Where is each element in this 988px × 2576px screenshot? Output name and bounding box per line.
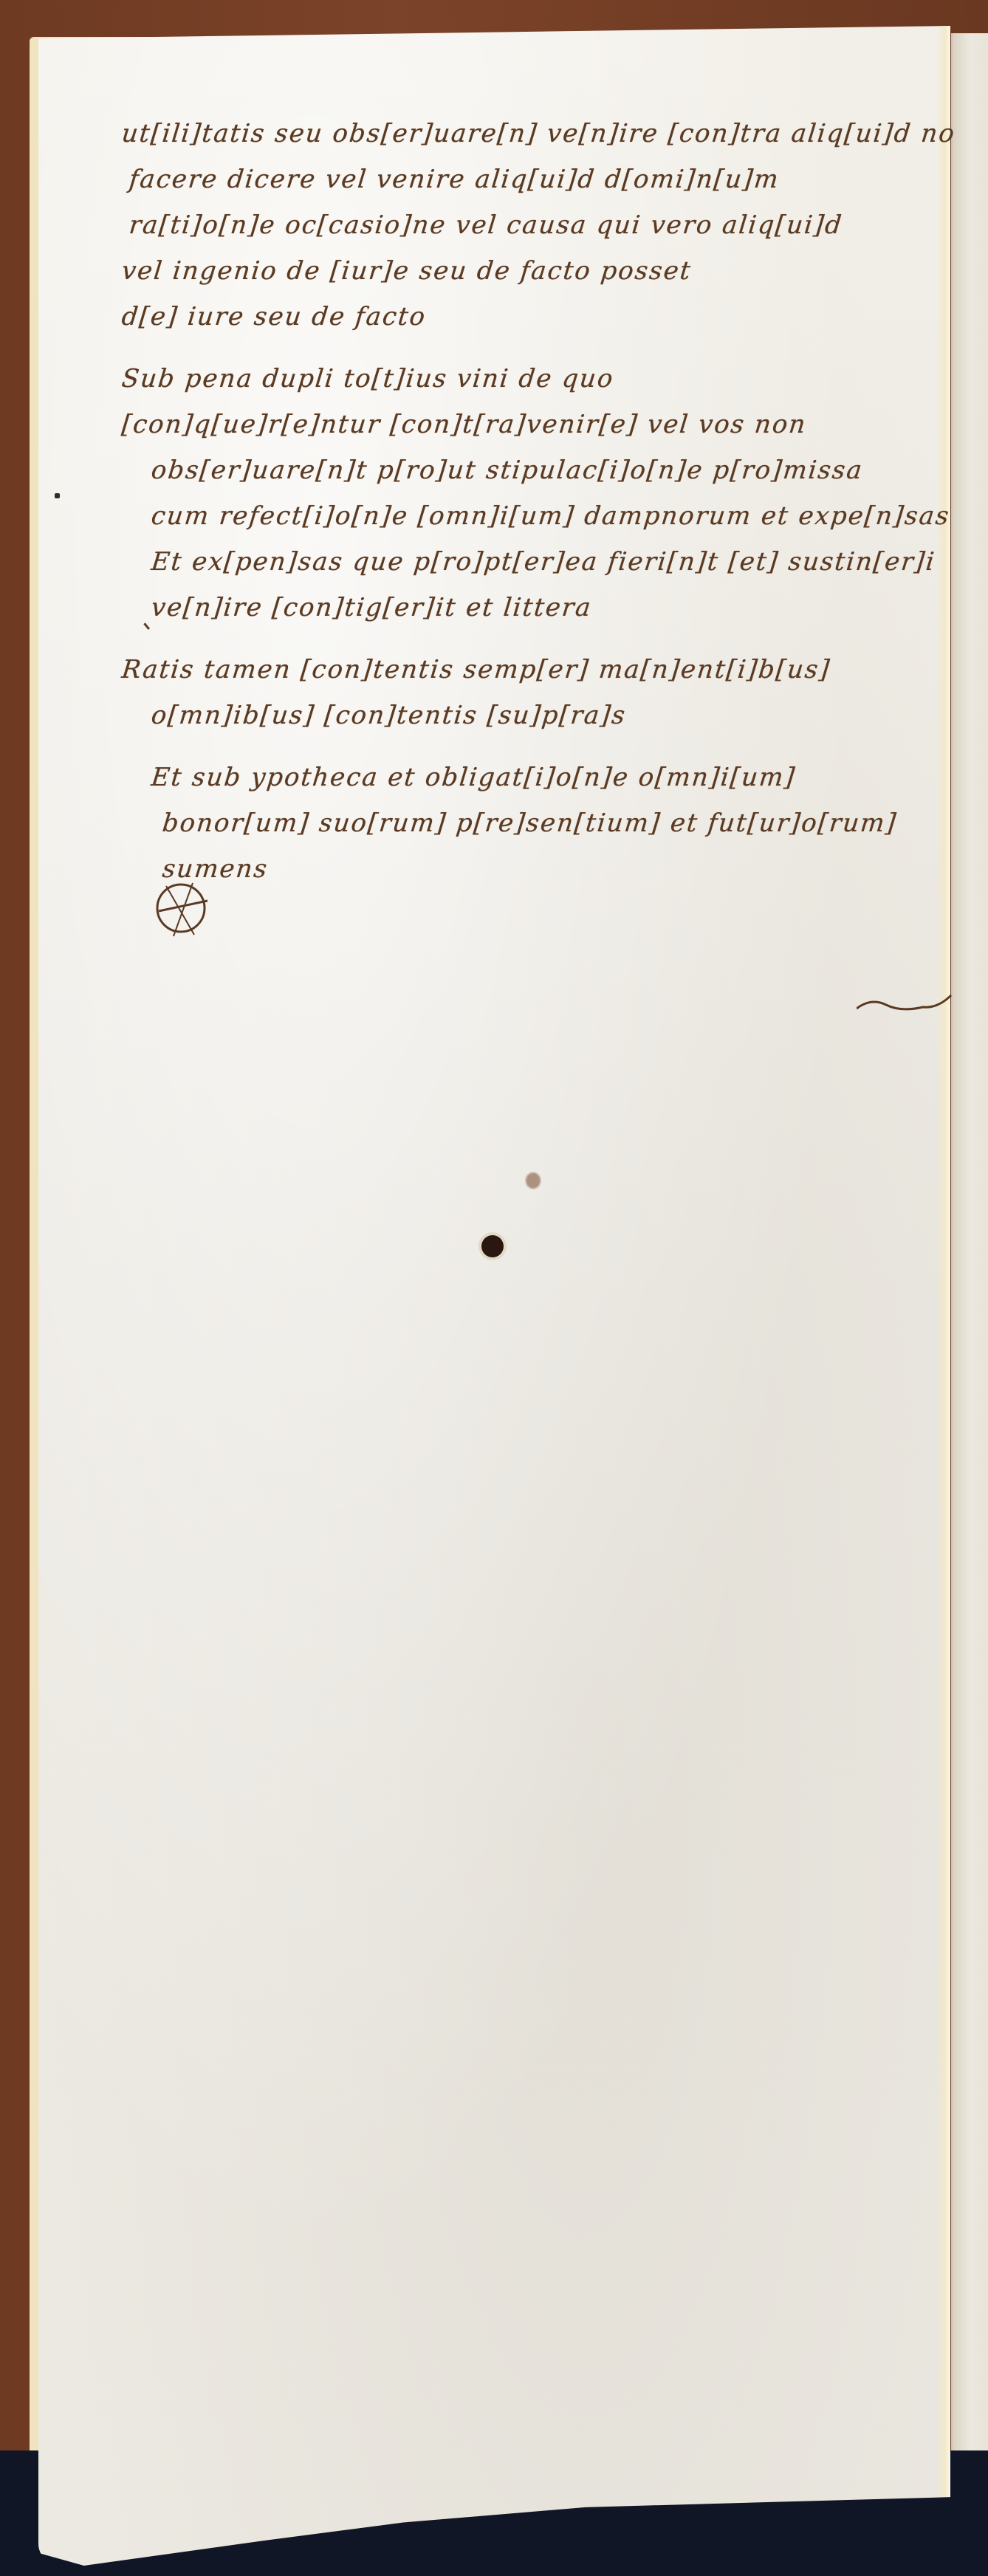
text-line: Ratis tamen [con]tentis semp[er] ma[n]en… <box>120 647 908 693</box>
text-line: ra[ti]o[n]e oc[casio]ne vel causa qui ve… <box>120 202 908 248</box>
manuscript-text: ut[ili]tatis seu obs[er]uare[n] ve[n]ire… <box>122 111 905 908</box>
text-line: vel ingenio de [iur]e seu de facto posse… <box>120 248 908 294</box>
line-filler-flourish-icon <box>857 994 953 1016</box>
paragraph-4: Et sub ypotheca et obligat[i]o[n]e o[mn]… <box>122 755 905 892</box>
text-line: d[e] iure seu de facto <box>120 294 908 340</box>
text-line: facere dicere vel venire aliq[ui]d d[omi… <box>120 157 908 202</box>
text-line: obs[er]uare[n]t p[ro]ut stipulac[i]o[n]e… <box>120 447 908 493</box>
adjacent-leaf <box>951 33 988 2540</box>
text-line: o[mn]ib[us] [con]tentis [su]p[ra]s <box>120 693 908 738</box>
text-line: [con]q[ue]r[e]ntur [con]t[ra]venir[e] ve… <box>120 402 908 447</box>
text-line: Et sub ypotheca et obligat[i]o[n]e o[mn]… <box>120 755 908 800</box>
margin-mark <box>55 493 60 498</box>
paragraph-3: Ratis tamen [con]tentis semp[er] ma[n]en… <box>122 647 905 738</box>
punch-hole <box>481 1235 504 1257</box>
paragraph-2: Sub pena dupli to[t]ius vini de quo [con… <box>122 356 905 631</box>
paragraph-1: ut[ili]tatis seu obs[er]uare[n] ve[n]ire… <box>122 111 905 340</box>
text-line: Et ex[pen]sas que p[ro]pt[er]ea fieri[n]… <box>120 539 908 585</box>
text-line: sumens <box>120 846 908 892</box>
text-line: cum refect[i]o[n]e [omn]i[um] dampnorum … <box>120 493 908 539</box>
text-line: ve[n]ire [con]tig[er]it et littera <box>120 585 908 631</box>
text-line: bonor[um] suo[rum] p[re]sen[tium] et fut… <box>120 800 908 846</box>
text-line: Sub pena dupli to[t]ius vini de quo <box>120 356 908 402</box>
notary-signum-icon <box>151 879 210 938</box>
text-line: ut[ili]tatis seu obs[er]uare[n] ve[n]ire… <box>120 111 908 157</box>
page-edge <box>937 26 950 2497</box>
ink-stain <box>526 1172 541 1189</box>
